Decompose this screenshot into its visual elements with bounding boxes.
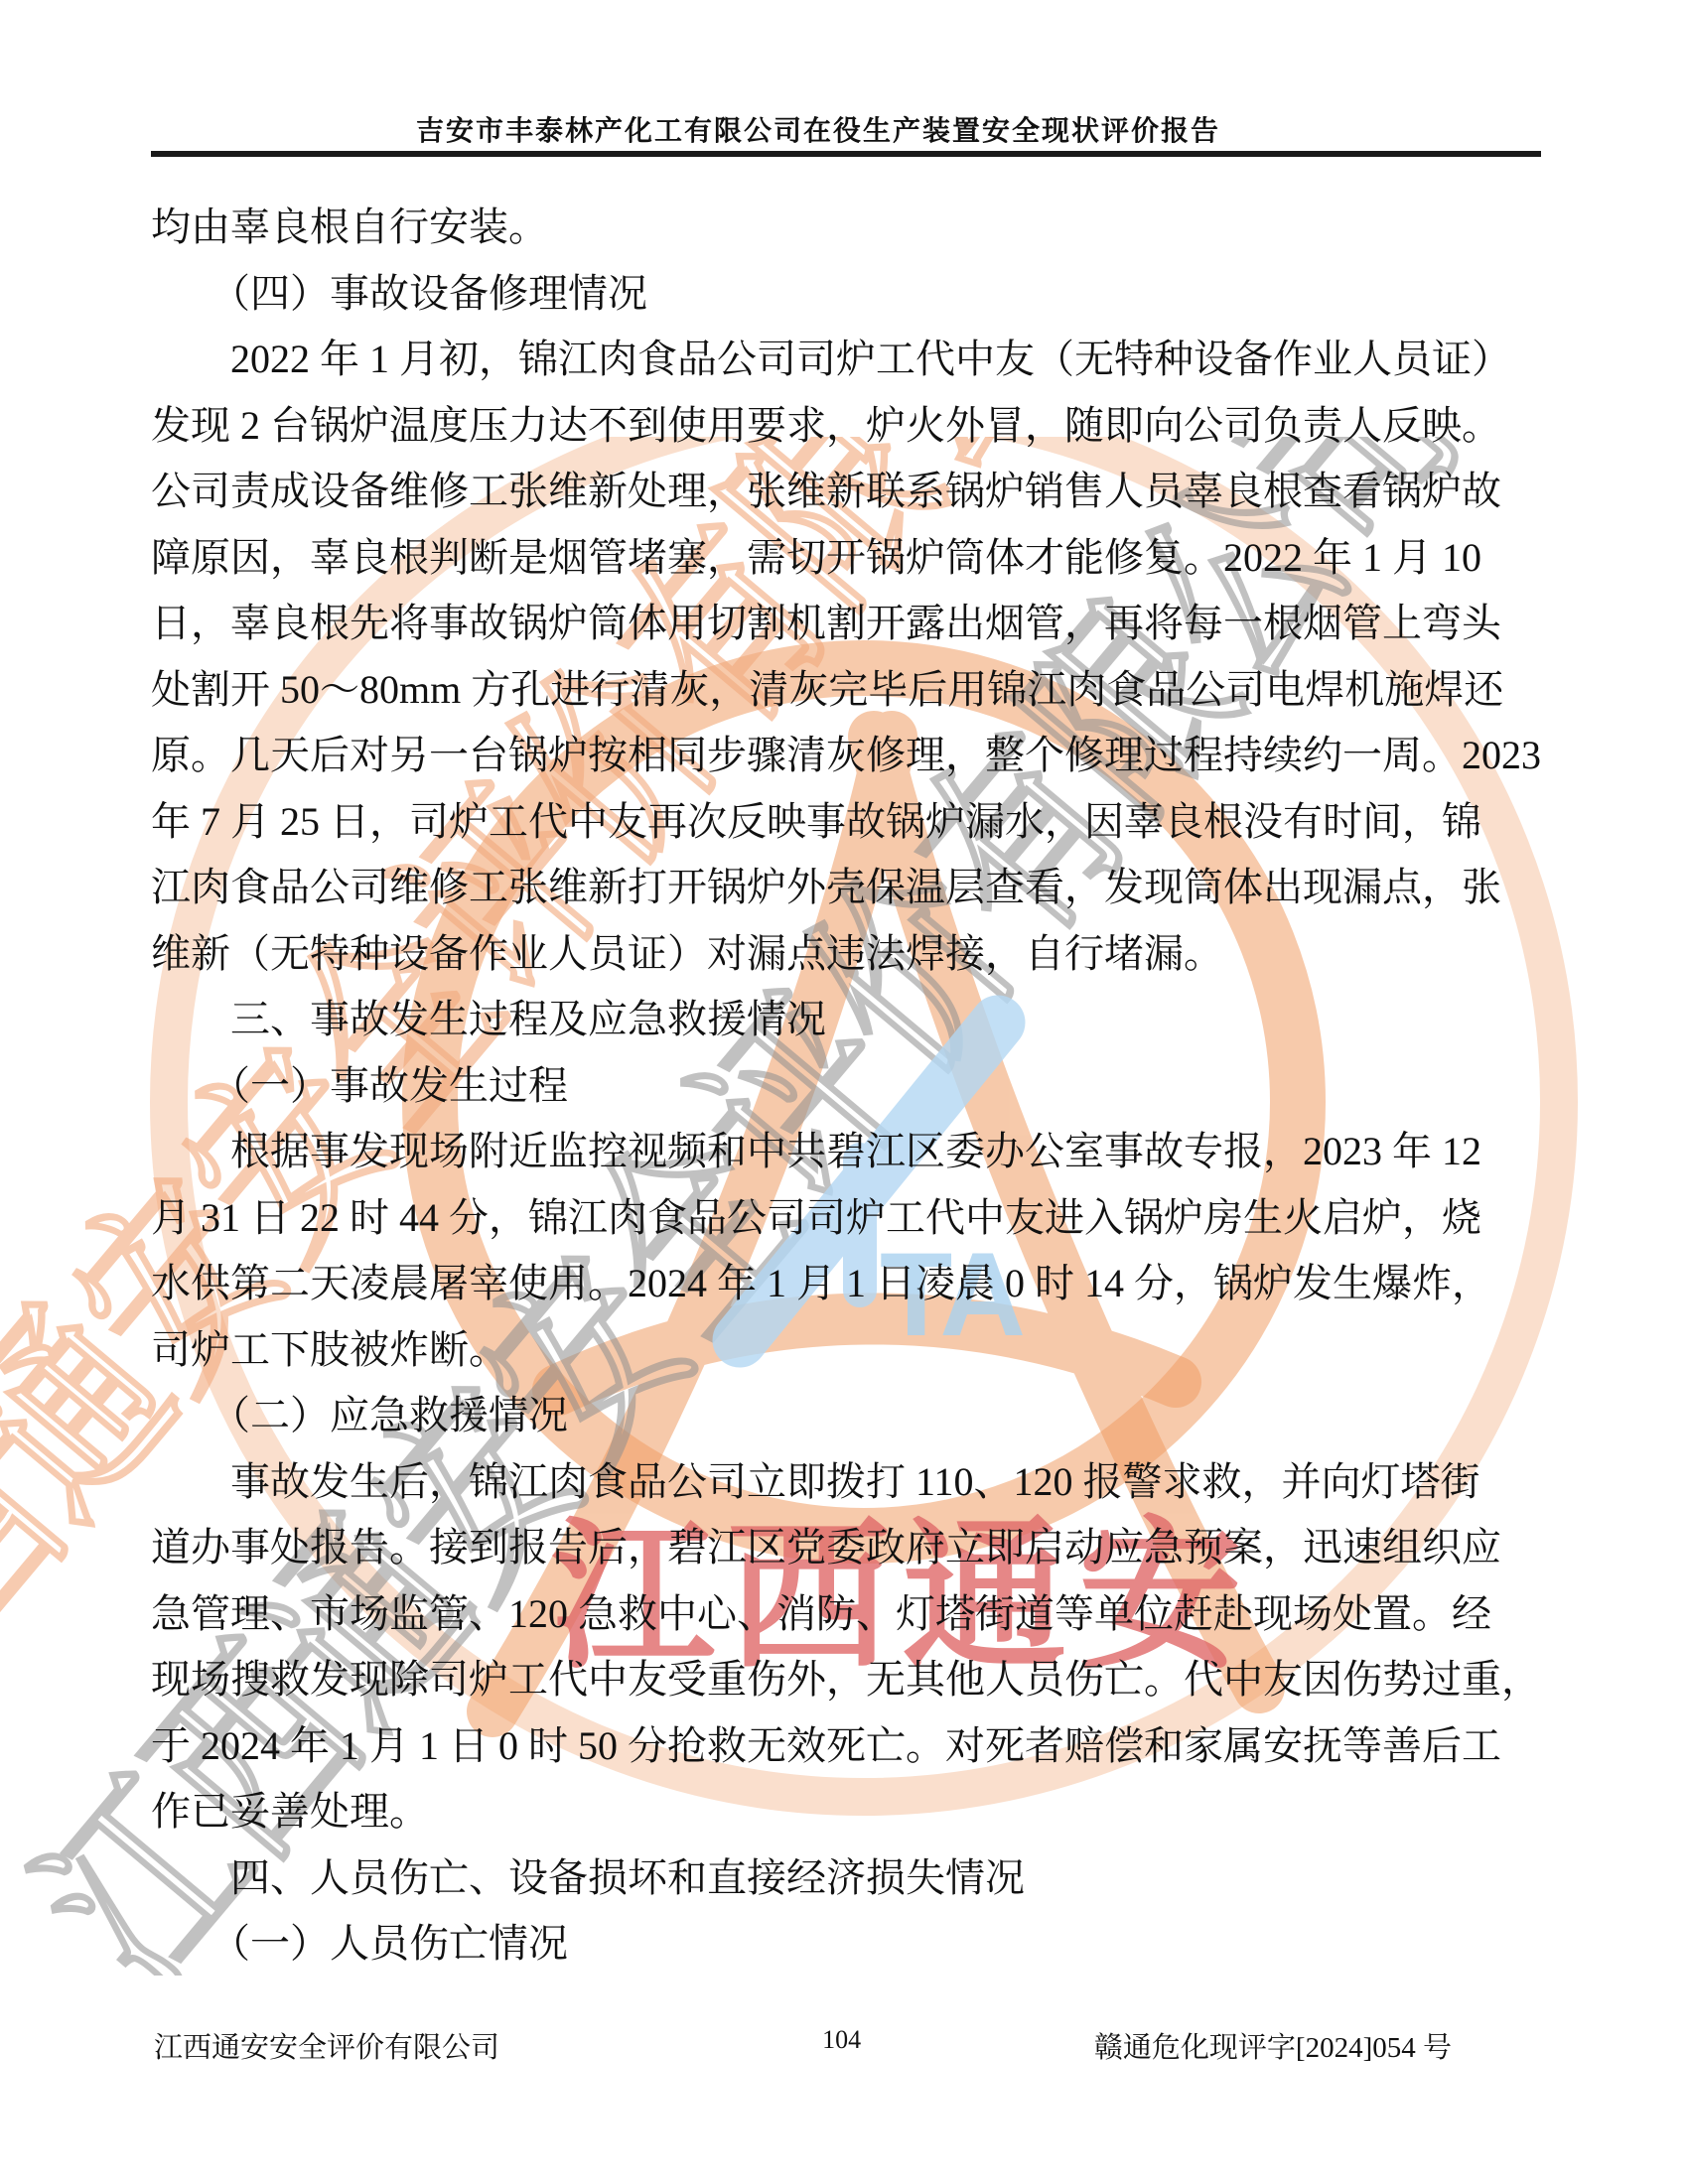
page-header-title: 吉安市丰泰林产化工有限公司在役生产装置安全现状评价报告 [0, 109, 1662, 149]
footer-company: 江西通安安全评价有限公司 [154, 2025, 499, 2066]
body-line: 道办事处报告。接到报告后，碧江区党委政府立即启动应急预案，迅速组织应 [151, 1515, 1544, 1581]
body-line: 障原因，辜良根判断是烟管堵塞，需切开锅炉筒体才能修复。2022 年 1 月 10 [151, 525, 1544, 592]
body-line: 维新（无特种设备作业人员证）对漏点违法焊接，自行堵漏。 [151, 921, 1544, 988]
body-line: 四、人员伤亡、设备损坏和直接经济损失情况 [151, 1845, 1544, 1912]
header-rule [151, 151, 1541, 157]
body-line: 司炉工下肢被炸断。 [151, 1317, 1544, 1384]
body-line: 水供第二天凌晨屠宰使用。2024 年 1 月 1 日凌晨 0 时 14 分，锅炉… [151, 1251, 1544, 1317]
body-line: 作已妥善处理。 [151, 1779, 1544, 1845]
body-line: 急管理、市场监管、120 急救中心、消防、灯塔街道等单位赶赴现场处置。经 [151, 1581, 1544, 1648]
body-line: 原。几天后对另一台锅炉按相同步骤清灰修理，整个修理过程持续约一周。2023 [151, 723, 1544, 789]
body-text: 均由辜良根自行安装。 （四）事故设备修理情况 2022 年 1 月初，锦江肉食品… [151, 195, 1544, 1978]
body-line: 发现 2 台锅炉温度压力达不到使用要求，炉火外冒，随即向公司负责人反映。 [151, 393, 1544, 460]
body-line: （一）事故发生过程 [151, 1053, 1544, 1120]
footer-doc-number: 赣通危化现评字[2024]054 号 [1094, 2025, 1452, 2066]
body-line: 江肉食品公司维修工张维新打开锅炉外壳保温层查看，发现筒体出现漏点，张 [151, 855, 1544, 921]
body-line: 处割开 50～80mm 方孔进行清灰，清灰完毕后用锦江肉食品公司电焊机施焊还 [151, 657, 1544, 724]
footer-page-number: 104 [822, 2025, 861, 2055]
body-line: 日，辜良根先将事故锅炉筒体用切割机割开露出烟管，再将每一根烟管上弯头 [151, 591, 1544, 657]
body-line: 于 2024 年 1 月 1 日 0 时 50 分抢救无效死亡。对死者赔偿和家属… [151, 1713, 1544, 1780]
body-line: 月 31 日 22 时 44 分，锦江肉食品公司司炉工代中友进入锅炉房生火启炉，… [151, 1185, 1544, 1252]
body-line: 均由辜良根自行安装。 [151, 195, 1544, 261]
body-line: 事故发生后，锦江肉食品公司立即拨打 110、120 报警求救，并向灯塔街 [151, 1449, 1544, 1516]
document-page: 江西通安安全评价有限公司 江西通安安全评价有限公司 TA 江西通安 吉安市丰泰林… [0, 0, 1688, 2184]
page-footer: 江西通安安全评价有限公司 104 赣通危化现评字[2024]054 号 [0, 2025, 1688, 2065]
body-line: 年 7 月 25 日，司炉工代中友再次反映事故锅炉漏水，因辜良根没有时间，锦 [151, 789, 1544, 856]
body-line: 三、事故发生过程及应急救援情况 [151, 987, 1544, 1053]
body-line: 现场搜救发现除司炉工代中友受重伤外，无其他人员伤亡。代中友因伤势过重， [151, 1647, 1544, 1713]
body-line: 公司责成设备维修工张维新处理，张维新联系锅炉销售人员辜良根查看锅炉故 [151, 459, 1544, 525]
body-line: 根据事发现场附近监控视频和中共碧江区委办公室事故专报，2023 年 12 [151, 1119, 1544, 1185]
body-line: 2022 年 1 月初，锦江肉食品公司司炉工代中友（无特种设备作业人员证） [151, 327, 1544, 393]
body-line: （二）应急救援情况 [151, 1383, 1544, 1449]
body-line: （四）事故设备修理情况 [151, 261, 1544, 328]
body-line: （一）人员伤亡情况 [151, 1911, 1544, 1978]
